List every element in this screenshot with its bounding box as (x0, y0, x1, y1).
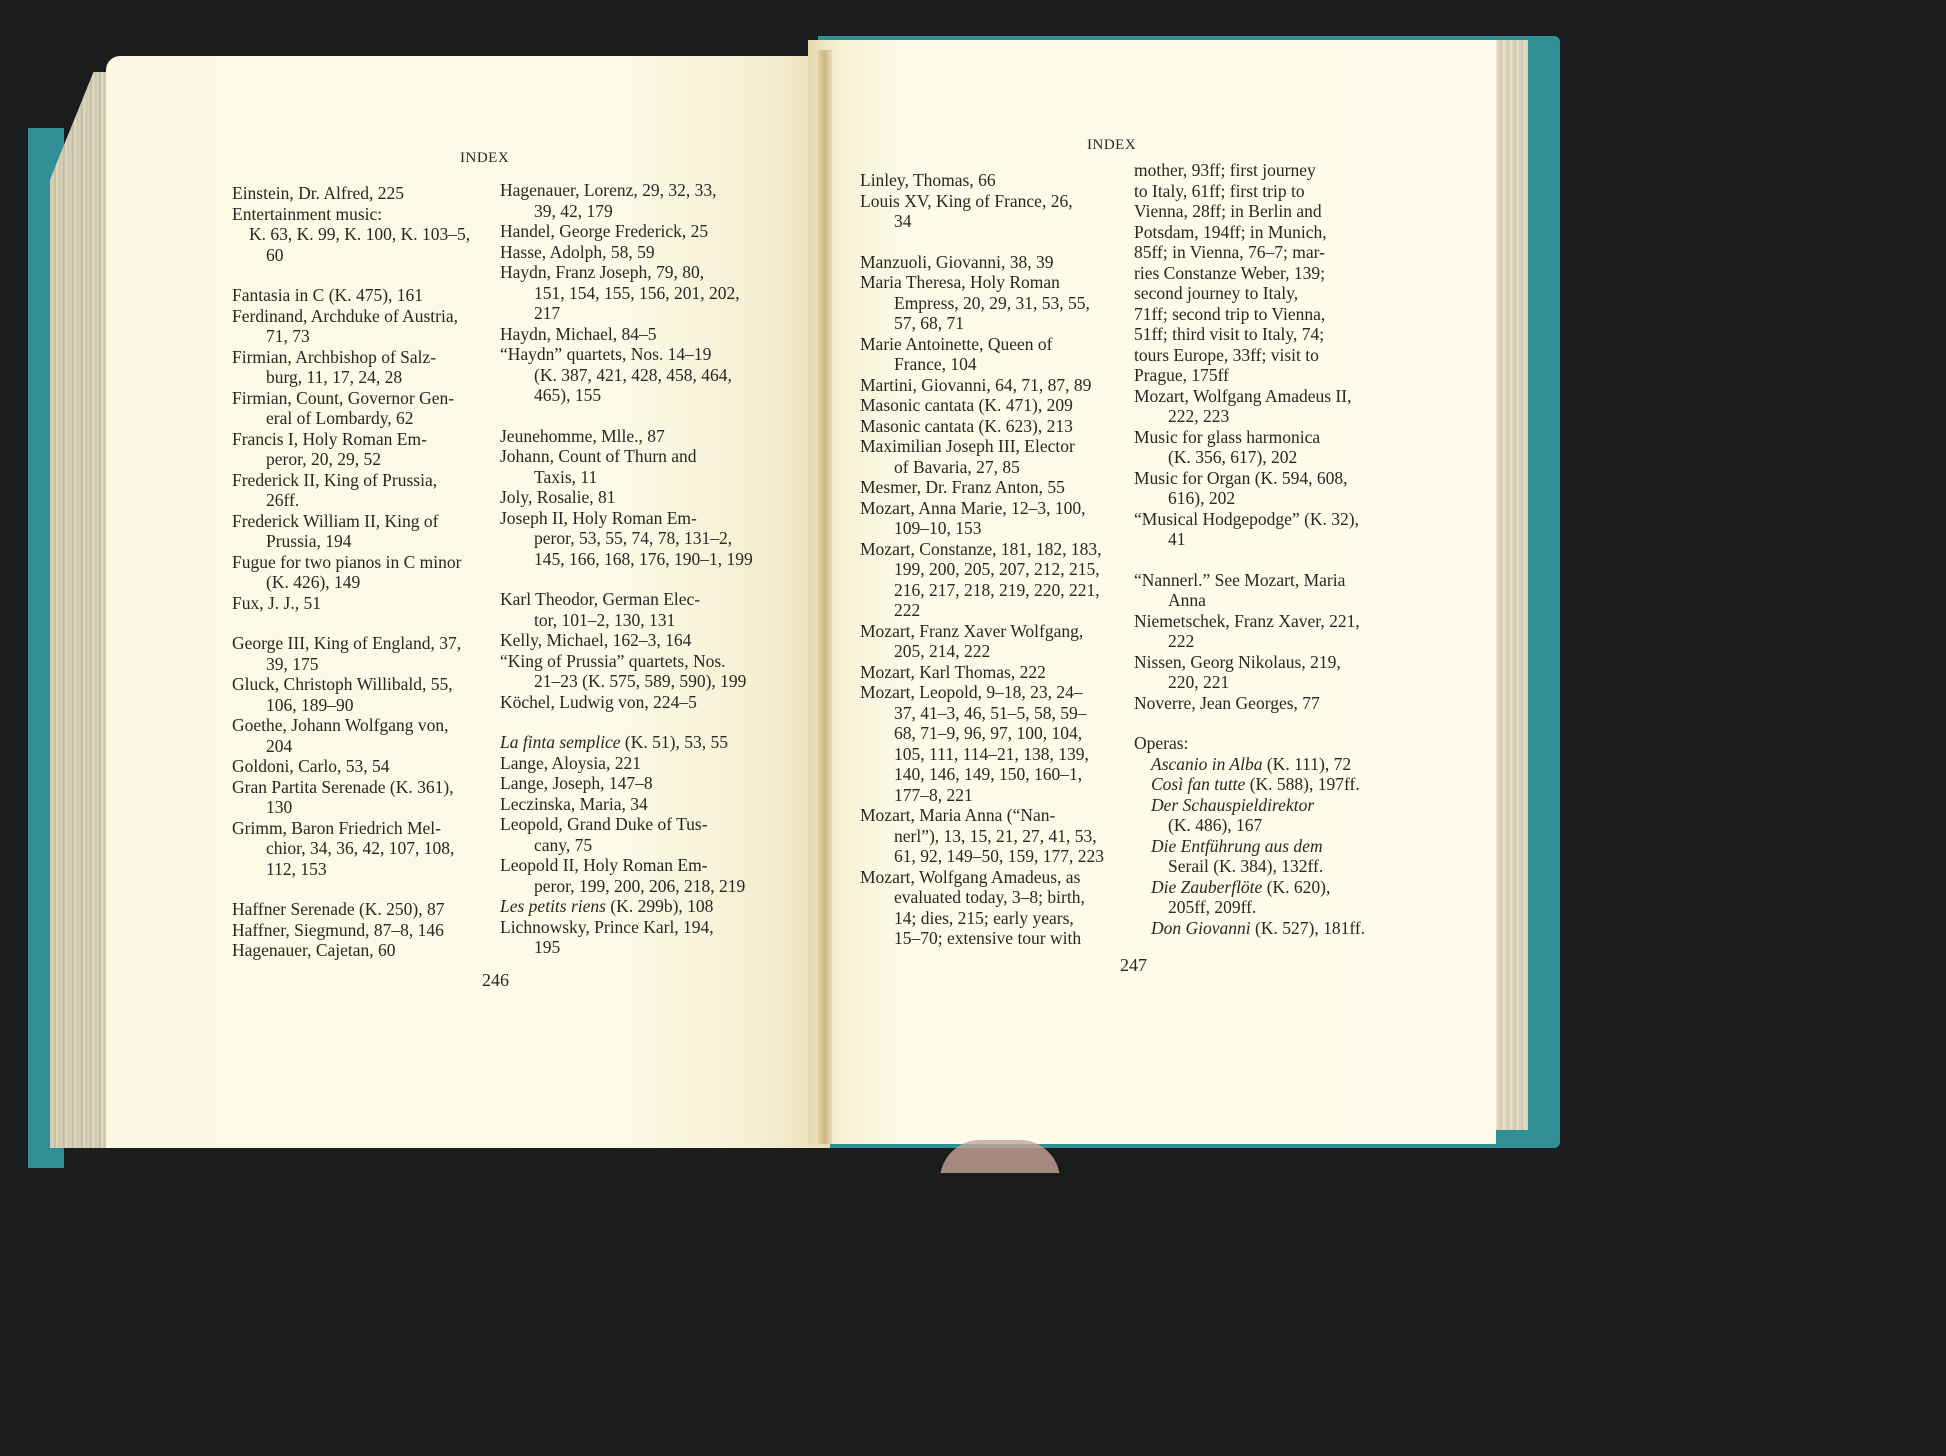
index-entry: Marie Antoinette, Queen ofFrance, 104 (860, 334, 1132, 375)
book-gutter (818, 50, 832, 1144)
entry-title-italic: Don Giovanni (1151, 918, 1251, 938)
index-entry: Gran Partita Serenade (K. 361),130 (232, 777, 492, 818)
index-entry: Linley, Thomas, 66 (860, 170, 1132, 191)
entry-continuation-line: Potsdam, 194ff; in Munich, (1134, 222, 1404, 243)
entry-heading: Louis XV, King of France, 26, (860, 191, 1132, 212)
index-entry: Hagenauer, Lorenz, 29, 32, 33,39, 42, 17… (500, 180, 770, 221)
entry-gap (500, 569, 770, 589)
entry-turnover-line: 205, 214, 222 (860, 641, 1132, 662)
index-entry: Mozart, Constanze, 181, 182, 183,199, 20… (860, 539, 1132, 621)
index-entry: K. 63, K. 99, K. 100, K. 103–5,60 (232, 224, 492, 265)
entry-heading: Frederick William II, King of (232, 511, 492, 532)
entry-heading: Johann, Count of Thurn and (500, 446, 770, 467)
entry-heading: Leopold II, Holy Roman Em- (500, 855, 770, 876)
entry-turnover-line: 105, 111, 114–21, 138, 139, (860, 744, 1132, 765)
entry-continuation-line: 71ff; second trip to Vienna, (1134, 304, 1404, 325)
entry-turnover-line: 60 (232, 245, 492, 266)
index-entry: Hagenauer, Cajetan, 60 (232, 940, 492, 961)
entry-heading: Masonic cantata (K. 623), 213 (860, 416, 1132, 437)
entry-heading: Fux, J. J., 51 (232, 593, 492, 614)
index-entry: Leopold II, Holy Roman Em-peror, 199, 20… (500, 855, 770, 896)
entry-turnover-line: France, 104 (860, 354, 1132, 375)
entry-turnover-line: Serail (K. 384), 132ff. (1134, 856, 1404, 877)
entry-turnover-line: Anna (1134, 590, 1404, 611)
index-entry: Frederick William II, King ofPrussia, 19… (232, 511, 492, 552)
entry-heading: Handel, George Frederick, 25 (500, 221, 770, 242)
entry-heading: Karl Theodor, German Elec- (500, 589, 770, 610)
entry-heading: Niemetschek, Franz Xaver, 221, (1134, 611, 1404, 632)
index-entry: Goethe, Johann Wolfgang von,204 (232, 715, 492, 756)
index-entry: Johann, Count of Thurn andTaxis, 11 (500, 446, 770, 487)
entry-heading: Lange, Aloysia, 221 (500, 753, 770, 774)
index-entry: Grimm, Baron Friedrich Mel-chior, 34, 36… (232, 818, 492, 880)
entry-turnover-line: chior, 34, 36, 42, 107, 108, (232, 838, 492, 859)
index-entry: Louis XV, King of France, 26,34 (860, 191, 1132, 232)
right-page-column-1: Linley, Thomas, 66Louis XV, King of Fran… (860, 170, 1132, 949)
entry-heading: Ferdinand, Archduke of Austria, (232, 306, 492, 327)
index-entry: mother, 93ff; first journeyto Italy, 61f… (1134, 160, 1404, 386)
entry-gap (232, 879, 492, 899)
index-entry: Mesmer, Dr. Franz Anton, 55 (860, 477, 1132, 498)
index-entry: Ascanio in Alba (K. 111), 72 (1134, 754, 1404, 775)
entry-gap (500, 712, 770, 732)
entry-title-italic: Les petits riens (500, 896, 606, 916)
entry-turnover-line: 220, 221 (1134, 672, 1404, 693)
entry-turnover-line: 37, 41–3, 46, 51–5, 58, 59– (860, 703, 1132, 724)
entry-gap (1134, 713, 1404, 733)
entry-locators: (K. 527), 181ff. (1251, 918, 1365, 938)
entry-turnover-line: eral of Lombardy, 62 (232, 408, 492, 429)
index-entry: Goldoni, Carlo, 53, 54 (232, 756, 492, 777)
entry-heading: Haffner Serenade (K. 250), 87 (232, 899, 492, 920)
index-entry: Fugue for two pianos in C minor(K. 426),… (232, 552, 492, 593)
index-entry: Mozart, Franz Xaver Wolfgang,205, 214, 2… (860, 621, 1132, 662)
entry-turnover-line: 199, 200, 205, 207, 212, 215, (860, 559, 1132, 580)
entry-heading: Haffner, Siegmund, 87–8, 146 (232, 920, 492, 941)
entry-locators: (K. 299b), 108 (606, 896, 713, 916)
index-entry: Firmian, Count, Governor Gen-eral of Lom… (232, 388, 492, 429)
entry-heading: Entertainment music: (232, 204, 492, 225)
entry-turnover-line: (K. 426), 149 (232, 572, 492, 593)
entry-turnover-line: 15–70; extensive tour with (860, 928, 1132, 949)
entry-heading: Haydn, Michael, 84–5 (500, 324, 770, 345)
entry-heading: Linley, Thomas, 66 (860, 170, 1132, 191)
entry-heading: “King of Prussia” quartets, Nos. (500, 651, 770, 672)
entry-locators: (K. 620), (1262, 877, 1330, 897)
entry-heading: Don Giovanni (K. 527), 181ff. (1134, 918, 1404, 939)
entry-continuation-line: Prague, 175ff (1134, 365, 1404, 386)
entry-heading: Operas: (1134, 733, 1404, 754)
entry-heading: Maximilian Joseph III, Elector (860, 436, 1132, 457)
entry-turnover-line: burg, 11, 17, 24, 28 (232, 367, 492, 388)
entry-heading: Firmian, Archbishop of Salz- (232, 347, 492, 368)
index-entry: Lange, Joseph, 147–8 (500, 773, 770, 794)
index-entry: “Musical Hodgepodge” (K. 32),41 (1134, 509, 1404, 550)
entry-turnover-line: 465), 155 (500, 385, 770, 406)
index-entry: Masonic cantata (K. 471), 209 (860, 395, 1132, 416)
entry-title-italic: La finta semplice (500, 732, 621, 752)
entry-turnover-line: 39, 175 (232, 654, 492, 675)
entry-turnover-line: 71, 73 (232, 326, 492, 347)
entry-heading: Der Schauspieldirektor (1134, 795, 1404, 816)
index-entry: Leopold, Grand Duke of Tus-cany, 75 (500, 814, 770, 855)
index-entry: “King of Prussia” quartets, Nos.21–23 (K… (500, 651, 770, 692)
entry-heading: Jeunehomme, Mlle., 87 (500, 426, 770, 447)
entry-locators: (K. 51), 53, 55 (621, 732, 728, 752)
entry-gap (1134, 550, 1404, 570)
entry-gap (860, 232, 1132, 252)
index-entry: Les petits riens (K. 299b), 108 (500, 896, 770, 917)
index-entry: Maximilian Joseph III, Electorof Bavaria… (860, 436, 1132, 477)
entry-heading: Les petits riens (K. 299b), 108 (500, 896, 770, 917)
entry-heading: Joly, Rosalie, 81 (500, 487, 770, 508)
index-entry: Haffner, Siegmund, 87–8, 146 (232, 920, 492, 941)
entry-turnover-line: peror, 53, 55, 74, 78, 131–2, (500, 528, 770, 549)
entry-continuation-line: 85ff; in Vienna, 76–7; mar- (1134, 242, 1404, 263)
entry-turnover-line: 61, 92, 149–50, 159, 177, 223 (860, 846, 1132, 867)
index-entry: Karl Theodor, German Elec-tor, 101–2, 13… (500, 589, 770, 630)
entry-heading: Masonic cantata (K. 471), 209 (860, 395, 1132, 416)
entry-turnover-line: 216, 217, 218, 219, 220, 221, (860, 580, 1132, 601)
entry-heading: Joseph II, Holy Roman Em- (500, 508, 770, 529)
entry-heading: Grimm, Baron Friedrich Mel- (232, 818, 492, 839)
entry-heading: Die Entführung aus dem (1134, 836, 1404, 857)
entry-heading: “Musical Hodgepodge” (K. 32), (1134, 509, 1404, 530)
page-edges-left (50, 72, 108, 1148)
entry-turnover-line: (K. 387, 421, 428, 458, 464, (500, 365, 770, 386)
entry-turnover-line: 39, 42, 179 (500, 201, 770, 222)
entry-heading: “Nannerl.” See Mozart, Maria (1134, 570, 1404, 591)
entry-turnover-line: 21–23 (K. 575, 589, 590), 199 (500, 671, 770, 692)
entry-title-italic: Der Schauspieldirektor (1151, 795, 1314, 815)
entry-heading: Mozart, Maria Anna (“Nan- (860, 805, 1132, 826)
index-entry: Don Giovanni (K. 527), 181ff. (1134, 918, 1404, 939)
index-entry: Lichnowsky, Prince Karl, 194,195 (500, 917, 770, 958)
right-page-number: 247 (1120, 955, 1147, 976)
entry-turnover-line: 68, 71–9, 96, 97, 100, 104, (860, 723, 1132, 744)
index-entry: Nissen, Georg Nikolaus, 219,220, 221 (1134, 652, 1404, 693)
entry-heading: Music for glass harmonica (1134, 427, 1404, 448)
index-entry: Joseph II, Holy Roman Em-peror, 53, 55, … (500, 508, 770, 570)
index-entry: Masonic cantata (K. 623), 213 (860, 416, 1132, 437)
entry-heading: Francis I, Holy Roman Em- (232, 429, 492, 450)
entry-turnover-line: 222 (1134, 631, 1404, 652)
entry-continuation-line: to Italy, 61ff; first trip to (1134, 181, 1404, 202)
index-entry: Leczinska, Maria, 34 (500, 794, 770, 815)
entry-heading: Music for Organ (K. 594, 608, (1134, 468, 1404, 489)
entry-heading: Die Zauberflöte (K. 620), (1134, 877, 1404, 898)
left-page-column-1: Einstein, Dr. Alfred, 225Entertainment m… (232, 183, 492, 961)
entry-turnover-line: 222, 223 (1134, 406, 1404, 427)
entry-heading: Mozart, Franz Xaver Wolfgang, (860, 621, 1132, 642)
entry-turnover-line: 109–10, 153 (860, 518, 1132, 539)
entry-turnover-line: peror, 20, 29, 52 (232, 449, 492, 470)
index-entry: Ferdinand, Archduke of Austria,71, 73 (232, 306, 492, 347)
entry-heading: Einstein, Dr. Alfred, 225 (232, 183, 492, 204)
index-entry: Così fan tutte (K. 588), 197ff. (1134, 774, 1404, 795)
entry-heading: “Haydn” quartets, Nos. 14–19 (500, 344, 770, 365)
entry-heading: Fantasia in C (K. 475), 161 (232, 285, 492, 306)
entry-heading: Mozart, Wolfgang Amadeus II, (1134, 386, 1404, 407)
entry-heading: Hagenauer, Cajetan, 60 (232, 940, 492, 961)
entry-continuation-line: tours Europe, 33ff; visit to (1134, 345, 1404, 366)
entry-title-italic: Die Entführung aus dem (1151, 836, 1323, 856)
entry-turnover-line: 34 (860, 211, 1132, 232)
entry-heading: Goldoni, Carlo, 53, 54 (232, 756, 492, 777)
index-entry: Mozart, Karl Thomas, 222 (860, 662, 1132, 683)
index-entry: Niemetschek, Franz Xaver, 221,222 (1134, 611, 1404, 652)
index-entry: Martini, Giovanni, 64, 71, 87, 89 (860, 375, 1132, 396)
index-entry: Frederick II, King of Prussia,26ff. (232, 470, 492, 511)
entry-continuation-line: second journey to Italy, (1134, 283, 1404, 304)
entry-turnover-line: 217 (500, 303, 770, 324)
entry-title-italic: Die Zauberflöte (1151, 877, 1262, 897)
entry-locators: (K. 111), 72 (1262, 754, 1351, 774)
index-entry: “Haydn” quartets, Nos. 14–19(K. 387, 421… (500, 344, 770, 406)
entry-heading: Gran Partita Serenade (K. 361), (232, 777, 492, 798)
entry-turnover-line: 177–8, 221 (860, 785, 1132, 806)
entry-turnover-line: evaluated today, 3–8; birth, (860, 887, 1132, 908)
entry-turnover-line: 204 (232, 736, 492, 757)
index-entry: Jeunehomme, Mlle., 87 (500, 426, 770, 447)
index-entry: Gluck, Christoph Willibald, 55,106, 189–… (232, 674, 492, 715)
index-entry: Joly, Rosalie, 81 (500, 487, 770, 508)
entry-turnover-line: Taxis, 11 (500, 467, 770, 488)
entry-title-italic: Così fan tutte (1151, 774, 1245, 794)
entry-turnover-line: 222 (860, 600, 1132, 621)
entry-heading: Maria Theresa, Holy Roman (860, 272, 1132, 293)
entry-heading: Hasse, Adolph, 58, 59 (500, 242, 770, 263)
entry-heading: Kelly, Michael, 162–3, 164 (500, 630, 770, 651)
entry-turnover-line: 26ff. (232, 490, 492, 511)
entry-continuation-line: mother, 93ff; first journey (1134, 160, 1404, 181)
entry-heading: Nissen, Georg Nikolaus, 219, (1134, 652, 1404, 673)
entry-heading: Ascanio in Alba (K. 111), 72 (1134, 754, 1404, 775)
entry-heading: Hagenauer, Lorenz, 29, 32, 33, (500, 180, 770, 201)
entry-turnover-line: 106, 189–90 (232, 695, 492, 716)
index-entry: Lange, Aloysia, 221 (500, 753, 770, 774)
entry-heading: Frederick II, King of Prussia, (232, 470, 492, 491)
index-entry: Operas: (1134, 733, 1404, 754)
entry-heading: Manzuoli, Giovanni, 38, 39 (860, 252, 1132, 273)
index-entry: Music for Organ (K. 594, 608,616), 202 (1134, 468, 1404, 509)
index-entry: Mozart, Wolfgang Amadeus II,222, 223 (1134, 386, 1404, 427)
index-entry: “Nannerl.” See Mozart, MariaAnna (1134, 570, 1404, 611)
index-entry: Haydn, Michael, 84–5 (500, 324, 770, 345)
entry-heading: Gluck, Christoph Willibald, 55, (232, 674, 492, 695)
entry-heading: Fugue for two pianos in C minor (232, 552, 492, 573)
index-entry: Fantasia in C (K. 475), 161 (232, 285, 492, 306)
left-page-number: 246 (482, 970, 509, 991)
entry-turnover-line: Prussia, 194 (232, 531, 492, 552)
entry-heading: La finta semplice (K. 51), 53, 55 (500, 732, 770, 753)
index-entry: Maria Theresa, Holy RomanEmpress, 20, 29… (860, 272, 1132, 334)
left-running-head: INDEX (460, 150, 509, 167)
entry-turnover-line: 151, 154, 155, 156, 201, 202, (500, 283, 770, 304)
entry-heading: Mesmer, Dr. Franz Anton, 55 (860, 477, 1132, 498)
entry-turnover-line: 41 (1134, 529, 1404, 550)
entry-heading: Köchel, Ludwig von, 224–5 (500, 692, 770, 713)
entry-turnover-line: 130 (232, 797, 492, 818)
right-page-column-2: mother, 93ff; first journeyto Italy, 61f… (1134, 160, 1404, 938)
entry-heading: Haydn, Franz Joseph, 79, 80, (500, 262, 770, 283)
entry-turnover-line: 14; dies, 215; early years, (860, 908, 1132, 929)
entry-turnover-line: 205ff, 209ff. (1134, 897, 1404, 918)
entry-turnover-line: 140, 146, 149, 150, 160–1, (860, 764, 1132, 785)
index-entry: Die Zauberflöte (K. 620),205ff, 209ff. (1134, 877, 1404, 918)
entry-heading: K. 63, K. 99, K. 100, K. 103–5, (232, 224, 492, 245)
index-entry: Handel, George Frederick, 25 (500, 221, 770, 242)
index-entry: Fux, J. J., 51 (232, 593, 492, 614)
page-edges-right (1492, 40, 1528, 1130)
entry-heading: Mozart, Anna Marie, 12–3, 100, (860, 498, 1132, 519)
index-entry: Entertainment music: (232, 204, 492, 225)
entry-turnover-line: 145, 166, 168, 176, 190–1, 199 (500, 549, 770, 570)
entry-gap (232, 613, 492, 633)
index-entry: Mozart, Maria Anna (“Nan-nerl”), 13, 15,… (860, 805, 1132, 867)
entry-turnover-line: cany, 75 (500, 835, 770, 856)
index-entry: Hasse, Adolph, 58, 59 (500, 242, 770, 263)
entry-heading: Mozart, Constanze, 181, 182, 183, (860, 539, 1132, 560)
index-entry: Mozart, Leopold, 9–18, 23, 24–37, 41–3, … (860, 682, 1132, 805)
entry-turnover-line: 57, 68, 71 (860, 313, 1132, 334)
index-entry: Haffner Serenade (K. 250), 87 (232, 899, 492, 920)
index-entry: Manzuoli, Giovanni, 38, 39 (860, 252, 1132, 273)
entry-heading: Mozart, Leopold, 9–18, 23, 24– (860, 682, 1132, 703)
entry-gap (500, 406, 770, 426)
entry-turnover-line: 616), 202 (1134, 488, 1404, 509)
entry-continuation-line: Vienna, 28ff; in Berlin and (1134, 201, 1404, 222)
left-page-column-2: Hagenauer, Lorenz, 29, 32, 33,39, 42, 17… (500, 180, 770, 958)
entry-heading: Goethe, Johann Wolfgang von, (232, 715, 492, 736)
entry-turnover-line: (K. 356, 617), 202 (1134, 447, 1404, 468)
entry-continuation-line: ries Constanze Weber, 139; (1134, 263, 1404, 284)
entry-turnover-line: peror, 199, 200, 206, 218, 219 (500, 876, 770, 897)
entry-heading: Leczinska, Maria, 34 (500, 794, 770, 815)
entry-title-italic: Ascanio in Alba (1151, 754, 1262, 774)
entry-heading: Martini, Giovanni, 64, 71, 87, 89 (860, 375, 1132, 396)
index-entry: George III, King of England, 37,39, 175 (232, 633, 492, 674)
index-entry: Firmian, Archbishop of Salz-burg, 11, 17… (232, 347, 492, 388)
index-entry: Noverre, Jean Georges, 77 (1134, 693, 1404, 714)
entry-heading: Marie Antoinette, Queen of (860, 334, 1132, 355)
index-entry: Die Entführung aus demSerail (K. 384), 1… (1134, 836, 1404, 877)
entry-locators: (K. 588), 197ff. (1245, 774, 1359, 794)
entry-turnover-line: tor, 101–2, 130, 131 (500, 610, 770, 631)
entry-turnover-line: 112, 153 (232, 859, 492, 880)
entry-heading: Lichnowsky, Prince Karl, 194, (500, 917, 770, 938)
entry-continuation-line: 51ff; third visit to Italy, 74; (1134, 324, 1404, 345)
entry-heading: Così fan tutte (K. 588), 197ff. (1134, 774, 1404, 795)
entry-heading: Mozart, Karl Thomas, 222 (860, 662, 1132, 683)
index-entry: Einstein, Dr. Alfred, 225 (232, 183, 492, 204)
entry-heading: Noverre, Jean Georges, 77 (1134, 693, 1404, 714)
entry-heading: Lange, Joseph, 147–8 (500, 773, 770, 794)
entry-heading: Mozart, Wolfgang Amadeus, as (860, 867, 1132, 888)
index-entry: Francis I, Holy Roman Em-peror, 20, 29, … (232, 429, 492, 470)
index-entry: Köchel, Ludwig von, 224–5 (500, 692, 770, 713)
index-entry: Mozart, Anna Marie, 12–3, 100,109–10, 15… (860, 498, 1132, 539)
index-entry: Mozart, Wolfgang Amadeus, asevaluated to… (860, 867, 1132, 949)
entry-turnover-line: (K. 486), 167 (1134, 815, 1404, 836)
index-entry: Der Schauspieldirektor(K. 486), 167 (1134, 795, 1404, 836)
index-entry: Music for glass harmonica(K. 356, 617), … (1134, 427, 1404, 468)
index-entry: Haydn, Franz Joseph, 79, 80,151, 154, 15… (500, 262, 770, 324)
entry-turnover-line: 195 (500, 937, 770, 958)
right-running-head: INDEX (1087, 137, 1136, 154)
entry-heading: George III, King of England, 37, (232, 633, 492, 654)
entry-turnover-line: nerl”), 13, 15, 21, 27, 41, 53, (860, 826, 1132, 847)
entry-turnover-line: Empress, 20, 29, 31, 53, 55, (860, 293, 1132, 314)
index-entry: Kelly, Michael, 162–3, 164 (500, 630, 770, 651)
entry-heading: Firmian, Count, Governor Gen- (232, 388, 492, 409)
entry-turnover-line: of Bavaria, 27, 85 (860, 457, 1132, 478)
entry-heading: Leopold, Grand Duke of Tus- (500, 814, 770, 835)
index-entry: La finta semplice (K. 51), 53, 55 (500, 732, 770, 753)
entry-gap (232, 265, 492, 285)
